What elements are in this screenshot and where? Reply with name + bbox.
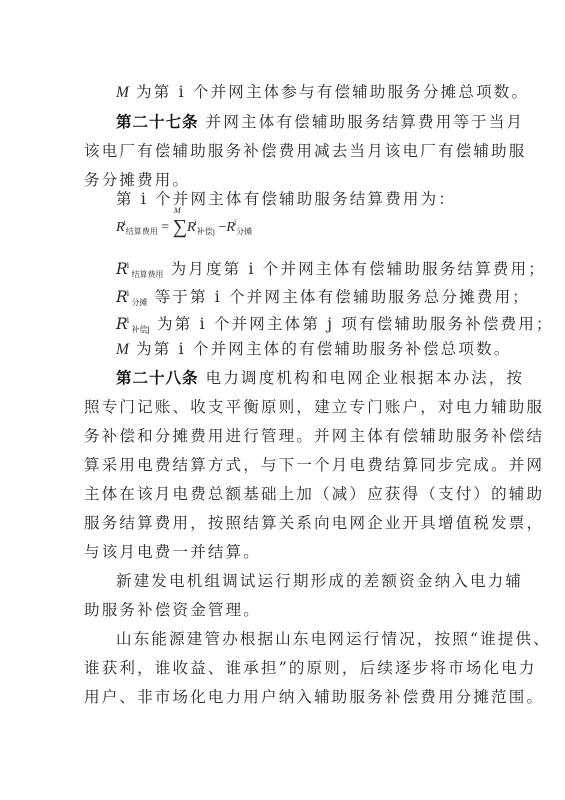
article-28-heading: 第二十八条	[116, 369, 199, 387]
shandong-line-2: 谁获利，谁收益、谁承担”的原则，后续逐步将市场化电力	[84, 658, 537, 678]
new-units-line-1: 新建发电机组调试运行期形成的差额资金纳入电力辅	[116, 571, 523, 591]
article-28-line-6: 服务结算费用，按照结算关系向电网企业开具增值税发票，	[84, 513, 544, 533]
formula-intro: 第 i 个并网主体有偿辅助服务结算费用为：	[116, 189, 456, 209]
definition-allocation: Ri分摊 等于第 i 个并网主体有偿辅助服务总分摊费用；	[116, 284, 530, 313]
article-27-line-3: 务分摊费用。	[84, 170, 190, 190]
definition-compensation: Ri补偿j 为第 i 个并网主体第 j 项有偿辅助服务补偿费用；	[116, 311, 554, 340]
variable-m: M	[116, 84, 129, 101]
shandong-line-3: 用户、非市场化电力用户纳入辅助服务补偿费用分摊范围。	[84, 687, 544, 707]
paragraph-m-definition: M 为第 i 个并网主体参与有偿辅助服务分摊总项数。	[116, 82, 529, 103]
article-28-line-2: 照专门记账、收支平衡原则，建立专门账户，对电力辅助服	[84, 397, 544, 417]
settlement-formula: Ri结算费用 = ∑MRi补偿j −Ri分摊	[116, 214, 252, 237]
article-28-line-4: 算采用电费结算方式，与下一个月电费结算同步完成。并网	[84, 455, 544, 475]
definition-settlement: Ri结算费用 为月度第 i 个并网主体有偿辅助服务结算费用；	[116, 256, 546, 285]
definition-m-total: M 为第 i 个并网主体的有偿辅助服务补偿总项数。	[116, 339, 511, 360]
article-28-line-5: 主体在该月电费总额基础上加（减）应获得（支付）的辅助	[84, 484, 544, 504]
article-28-line-7: 与该月电费一并结算。	[84, 542, 261, 562]
article-27-line-1: 第二十七条 并网主体有偿辅助服务结算费用等于当月	[116, 112, 524, 132]
article-27-line-2: 该电厂有偿辅助服务补偿费用减去当月该电厂有偿辅助服	[84, 141, 527, 161]
new-units-line-2: 助服务补偿资金管理。	[84, 600, 261, 620]
shandong-line-1: 山东能源建管办根据山东电网运行情况，按照“谁提供、	[116, 629, 551, 649]
article-28-line-1: 第二十八条 电力调度机构和电网企业根据本办法，按	[116, 368, 524, 388]
article-27-heading: 第二十七条	[116, 113, 199, 131]
article-28-line-3: 务补偿和分摊费用进行管理。并网主体有偿辅助服务补偿结	[84, 426, 544, 446]
